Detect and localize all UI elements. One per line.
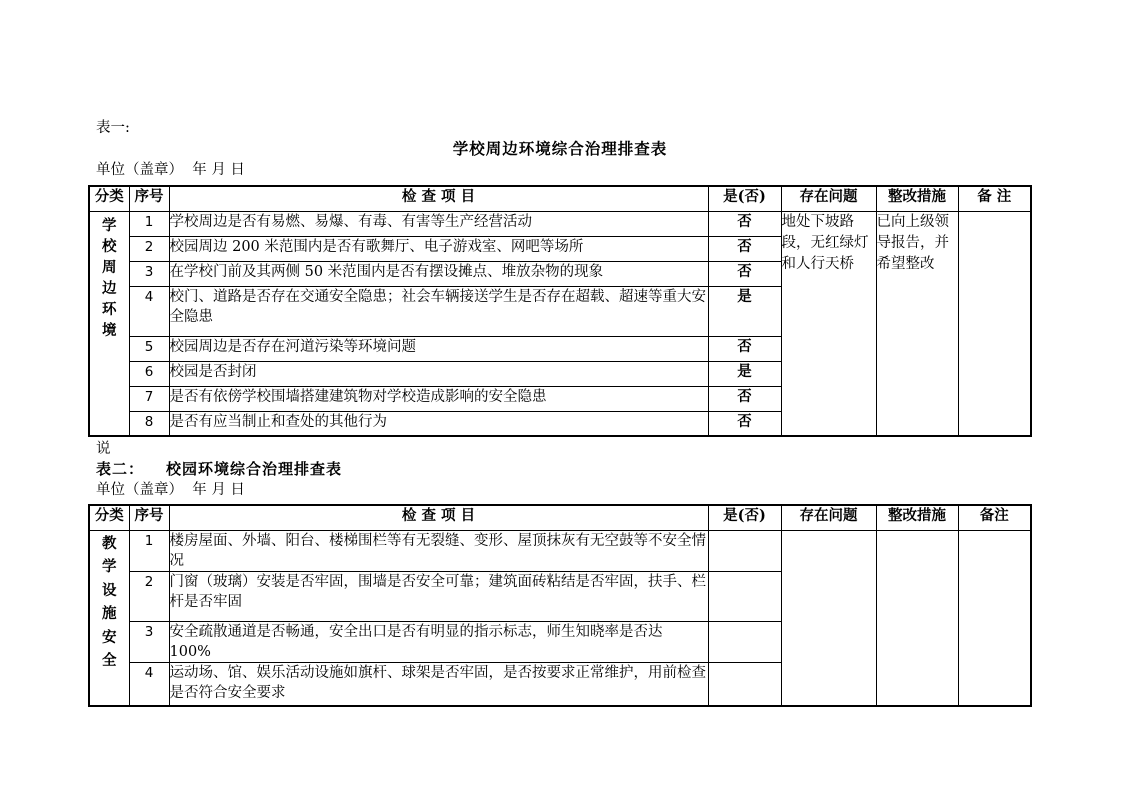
answer-cell xyxy=(708,530,781,571)
item-cell: 运动场、馆、娱乐活动设施如旗杆、球架是否牢固，是否按要求正常维护，用前检查是否符… xyxy=(169,662,708,706)
header-yesno: 是(否) xyxy=(708,505,781,530)
header-measure: 整改措施 xyxy=(876,186,958,211)
item-cell: 校门、道路是否存在交通安全隐患；社会车辆接送学生是否存在超载、超速等重大安全隐患 xyxy=(169,286,708,336)
unit-line-2: 单位（盖章） 年 月 日 xyxy=(96,481,1032,500)
header-item: 检 查 项 目 xyxy=(169,186,708,211)
table2-title-line: 表二：校园环境综合治理排查表 xyxy=(96,459,1032,480)
answer-cell xyxy=(708,662,781,706)
item-cell: 学校周边是否有易燃、易爆、有毒、有害等生产经营活动 xyxy=(169,211,708,236)
category-cell: 教学设施安全 xyxy=(89,530,129,706)
seq-cell: 3 xyxy=(129,621,169,662)
seq-cell: 7 xyxy=(129,386,169,411)
header-yesno: 是(否) xyxy=(708,186,781,211)
table-row: 学校周边环境 1 学校周边是否有易燃、易爆、有毒、有害等生产经营活动 否 地处下… xyxy=(89,211,1031,236)
seq-cell: 4 xyxy=(129,286,169,336)
document-page: 表一: 学校周边环境综合治理排查表 单位（盖章） 年 月 日 分类 序号 检 查… xyxy=(0,0,1122,793)
item-cell: 在学校门前及其两侧 50 米范围内是否有摆设摊点、堆放杂物的现象 xyxy=(169,261,708,286)
item-cell: 校园是否封闭 xyxy=(169,361,708,386)
header-measure: 整改措施 xyxy=(876,505,958,530)
header-problem: 存在问题 xyxy=(781,186,876,211)
table2-header-row: 分类 序号 检 查 项 目 是(否) 存在问题 整改措施 备注 xyxy=(89,505,1031,530)
answer-cell: 否 xyxy=(708,261,781,286)
answer-cell: 是 xyxy=(708,361,781,386)
header-problem: 存在问题 xyxy=(781,505,876,530)
inspection-table-1: 分类 序号 检 查 项 目 是(否) 存在问题 整改措施 备 注 学校周边环境 … xyxy=(88,185,1032,437)
item-cell: 校园周边是否存在河道污染等环境问题 xyxy=(169,336,708,361)
remark-cell xyxy=(958,211,1031,436)
item-cell: 安全疏散通道是否畅通，安全出口是否有明显的指示标志，师生知晓率是否达 100% xyxy=(169,621,708,662)
problem-cell xyxy=(781,530,876,706)
document-content: 表一: 学校周边环境综合治理排查表 单位（盖章） 年 月 日 分类 序号 检 查… xyxy=(88,0,1032,707)
seq-cell: 6 xyxy=(129,361,169,386)
seq-cell: 2 xyxy=(129,236,169,261)
header-remark: 备注 xyxy=(958,505,1031,530)
answer-cell xyxy=(708,621,781,662)
measure-cell: 已向上级领导报告，并希望整改 xyxy=(876,211,958,436)
answer-cell: 否 xyxy=(708,236,781,261)
seq-cell: 1 xyxy=(129,211,169,236)
seq-cell: 2 xyxy=(129,571,169,621)
category-cell: 学校周边环境 xyxy=(89,211,129,436)
answer-cell: 否 xyxy=(708,211,781,236)
measure-cell xyxy=(876,530,958,706)
item-cell: 门窗（玻璃）安装是否牢固，围墙是否安全可靠；建筑面砖粘结是否牢固，扶手、栏杆是否… xyxy=(169,571,708,621)
answer-cell: 是 xyxy=(708,286,781,336)
answer-cell: 否 xyxy=(708,386,781,411)
problem-cell: 地处下坡路段，无红绿灯和人行天桥 xyxy=(781,211,876,436)
header-item: 检 查 项 目 xyxy=(169,505,708,530)
answer-cell xyxy=(708,571,781,621)
unit-line-1: 单位（盖章） 年 月 日 xyxy=(96,161,1032,180)
remark-cell xyxy=(958,530,1031,706)
inspection-table-2: 分类 序号 检 查 项 目 是(否) 存在问题 整改措施 备注 教学设施安全 1… xyxy=(88,504,1032,707)
answer-cell: 否 xyxy=(708,336,781,361)
table2-label: 表二： xyxy=(96,460,144,478)
table1-label: 表一: xyxy=(96,119,1032,138)
header-category: 分类 xyxy=(89,186,129,211)
category-vertical-text: 教学设施安全 xyxy=(102,532,117,673)
answer-cell: 否 xyxy=(708,411,781,436)
seq-cell: 8 xyxy=(129,411,169,436)
table2-title: 校园环境综合治理排查表 xyxy=(166,460,342,478)
item-cell: 楼房屋面、外墙、阳台、楼梯围栏等有无裂缝、变形、屋顶抹灰有无空鼓等不安全情况 xyxy=(169,530,708,571)
header-no: 序号 xyxy=(129,505,169,530)
seq-cell: 1 xyxy=(129,530,169,571)
table1-header-row: 分类 序号 检 查 项 目 是(否) 存在问题 整改措施 备 注 xyxy=(89,186,1031,211)
table1-title: 学校周边环境综合治理排查表 xyxy=(88,139,1032,159)
header-no: 序号 xyxy=(129,186,169,211)
header-category: 分类 xyxy=(89,505,129,530)
note-text: 说 xyxy=(96,440,1032,459)
seq-cell: 5 xyxy=(129,336,169,361)
seq-cell: 3 xyxy=(129,261,169,286)
header-remark: 备 注 xyxy=(958,186,1031,211)
item-cell: 是否有应当制止和查处的其他行为 xyxy=(169,411,708,436)
item-cell: 校园周边 200 米范围内是否有歌舞厅、电子游戏室、网吧等场所 xyxy=(169,236,708,261)
table-row: 教学设施安全 1 楼房屋面、外墙、阳台、楼梯围栏等有无裂缝、变形、屋顶抹灰有无空… xyxy=(89,530,1031,571)
seq-cell: 4 xyxy=(129,662,169,706)
item-cell: 是否有依傍学校围墙搭建建筑物对学校造成影响的安全隐患 xyxy=(169,386,708,411)
category-vertical-text: 学校周边环境 xyxy=(102,215,117,341)
